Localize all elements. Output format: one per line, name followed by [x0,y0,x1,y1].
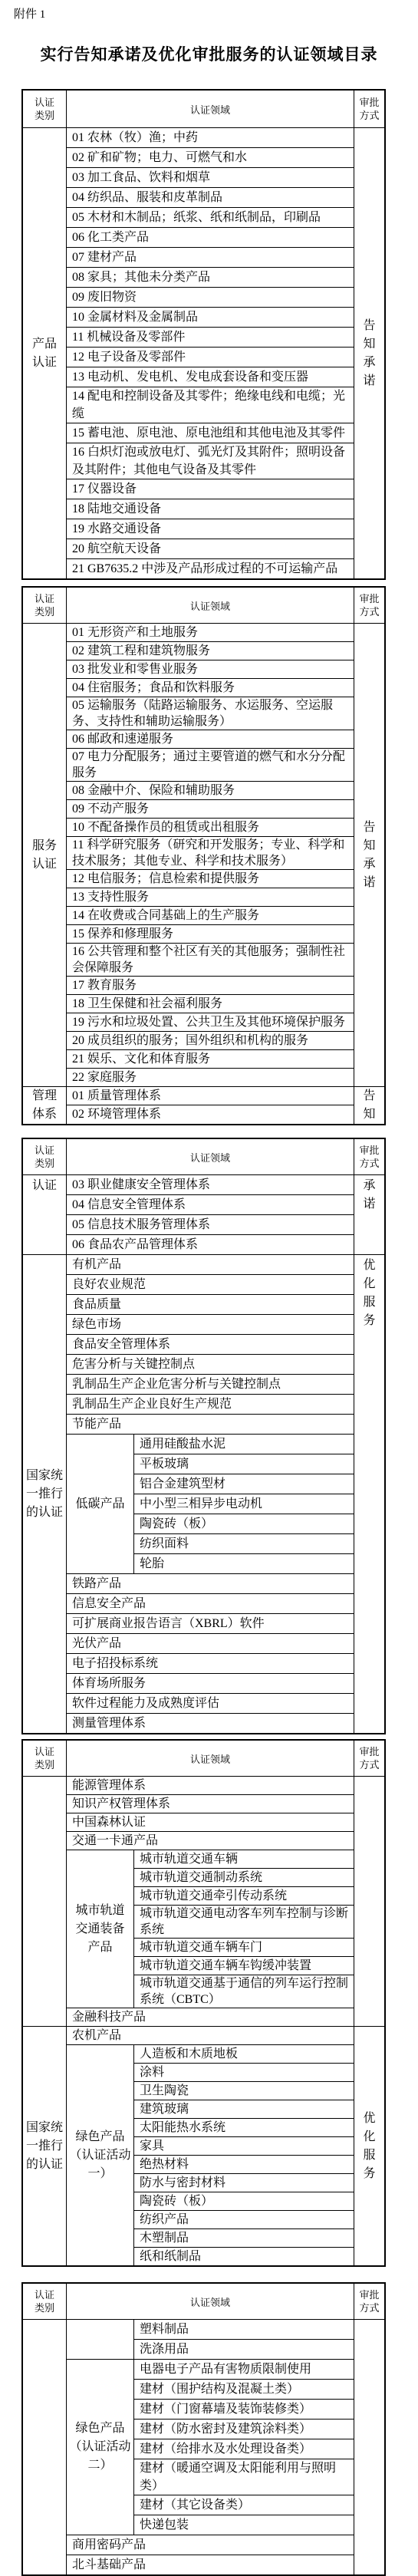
item-row: 节能产品 [67,1415,354,1435]
item-row: 05 运输服务（陆路运输服务、水运服务、空运服务、支持性和辅助运输服务） [67,697,354,730]
row-group: 服务 认证01 无形资产和土地服务02 建筑工程和建筑物服务03 批发业和零售业… [23,624,384,1086]
subgroup-item-row: 绝热材料 [134,2156,354,2174]
item-row: 14 配电和控制设备及其零件；绝缘电线和电缆；光缆 [67,387,354,423]
subgroup-item-row: 建材（给排水及水处理设备类） [134,2439,354,2459]
category-cell [23,1777,67,2026]
subgroup-items: 人造板和木质地板涂料卫生陶瓷建筑玻璃太阳能热水系统家具绝热材料防水与密封材料陶瓷… [134,2045,354,2265]
subgroup-item-row: 塑料制品 [134,2320,354,2340]
subgroup-item-row: 建材（其它设备类） [134,2495,354,2515]
item-row: 食品安全管理体系 [67,1335,354,1355]
row-group: 国家统 一推行 的认证农机产品绿色产品 （认证活动 一）人造板和木质地板涂料卫生… [23,2026,384,2265]
certification-table: 认证 类别认证领域审批 方式产品 认证01 农林（牧）渔；中药02 矿和矿物；电… [21,89,386,580]
subgroup-items: 城市轨道交通车辆城市轨道交通制动系统城市轨道交通牵引传动系统城市轨道交通电动客车… [134,1850,354,2008]
category-header-cell: 认证 类别 [23,588,67,623]
category-cell: 服务 认证 [23,624,67,1086]
field-header-cell: 认证领域 [67,588,354,623]
item-row: 12 电子设备及零部件 [67,348,354,367]
subgroup-label-cell: 绿色产品 （认证活动 二） [67,2360,134,2535]
subgroup-item-row: 建材（围护结构及混凝土类） [134,2380,354,2400]
subgroup-item-row: 纺织面料 [134,1534,354,1554]
group-rows: 01 质量管理体系02 环境管理体系 [67,1087,354,1124]
item-row: 有机产品 [67,1255,354,1275]
document-page: 附件 1 实行告知承诺及优化审批服务的认证领域目录 认证 类别认证领域审批 方式… [0,0,418,2576]
field-header-cell: 认证领域 [67,2284,354,2319]
item-row: 19 水路交通设备 [67,519,354,539]
item-row: 08 家具；其他未分类产品 [67,268,354,288]
subgroup: 塑料制品洗涤用品 [67,2320,354,2360]
field-header-cell: 认证领域 [67,91,354,127]
item-row: 19 污水和垃圾处置、公共卫生及其他环境保护服务 [67,1013,354,1032]
subgroup-item-row: 电器电子产品有害物质限制使用 [134,2360,354,2380]
item-row: 13 支持性服务 [67,888,354,907]
item-row: 20 航空航天设备 [67,539,354,559]
item-row: 农机产品 [67,2027,354,2045]
row-group: 产品 认证01 农林（牧）渔；中药02 矿和矿物；电力、可燃气和水03 加工食品… [23,128,384,578]
approval-cell: 优 化 服 务 [354,1255,384,1733]
item-row: 07 电力分配服务；通过主要管道的燃气和水分分配服务 [67,749,354,782]
item-row: 测量管理体系 [67,1714,354,1733]
item-row: 17 仪器设备 [67,479,354,499]
category-cell [23,2320,67,2574]
item-row: 04 纺织品、服装和皮革制品 [67,188,354,208]
item-row: 知识产权管理体系 [67,1795,354,1813]
item-row: 13 电动机、发电机、发电成套设备和变压器 [67,367,354,387]
subgroup-item-row: 木塑制品 [134,2229,354,2248]
subgroup-item-row: 城市轨道交通基于通信的列车运行控制系统（CBTC） [134,1975,354,2008]
category-header-cell: 认证 类别 [23,1741,67,1776]
subgroup-label-cell: 绿色产品 （认证活动 一） [67,2045,134,2265]
item-row: 12 电信服务；信息检索和提供服务 [67,870,354,888]
item-row: 金融科技产品 [67,2008,354,2026]
field-header-cell: 认证领域 [67,1741,354,1776]
item-row: 绿色市场 [67,1315,354,1335]
item-row: 信息安全产品 [67,1594,354,1614]
item-row: 03 职业健康安全管理体系 [67,1175,354,1195]
table-header-row: 认证 类别认证领域审批 方式 [23,2284,384,2320]
item-row: 01 农林（牧）渔；中药 [67,128,354,148]
group-rows: 农机产品绿色产品 （认证活动 一）人造板和木质地板涂料卫生陶瓷建筑玻璃太阳能热水… [67,2027,354,2265]
subgroup: 绿色产品 （认证活动 二）电器电子产品有害物质限制使用建材（围护结构及混凝土类）… [67,2360,354,2535]
item-row: 乳制品生产企业危害分析与关键控制点 [67,1375,354,1395]
category-cell: 国家统 一推行 的认证 [23,1255,67,1733]
item-row: 14 在收费或合同基础上的生产服务 [67,907,354,925]
subgroup-item-row: 轮胎 [134,1554,354,1573]
item-row: 16 白炽灯泡或放电灯、弧光灯及其附件；照明设备及其附件；其他电气设备及其零件 [67,443,354,479]
item-row: 能源管理体系 [67,1777,354,1795]
subgroup-item-row: 快递包装 [134,2515,354,2535]
subgroup-item-row: 建材（防水密封及建筑涂料类） [134,2420,354,2439]
subgroup-item-row: 太阳能热水系统 [134,2119,354,2137]
category-cell: 国家统 一推行 的认证 [23,2027,67,2265]
approval-header-cell: 审批 方式 [354,1139,384,1174]
subgroup-item-row: 中小型三相异步电动机 [134,1494,354,1514]
item-row: 21 娱乐、文化和体育服务 [67,1050,354,1069]
subgroup-item-row: 通用硅酸盐水泥 [134,1435,354,1454]
item-row: 电子招投标系统 [67,1654,354,1674]
approval-cell: 承 诺 [354,1175,384,1254]
certification-table: 认证 类别认证领域审批 方式塑料制品洗涤用品绿色产品 （认证活动 二）电器电子产… [21,2282,386,2576]
subgroup: 城市轨道 交通装备 产品城市轨道交通车辆城市轨道交通制动系统城市轨道交通牵引传动… [67,1850,354,2008]
item-row: 08 金融中介、保险和辅助服务 [67,782,354,800]
subgroup-item-row: 洗涤用品 [134,2340,354,2359]
item-row: 铁路产品 [67,1574,354,1594]
item-row: 01 无形资产和土地服务 [67,624,354,642]
subgroup-item-row: 城市轨道交通牵引传动系统 [134,1887,354,1906]
subgroup-item-row: 陶瓷砖（板） [134,2192,354,2211]
tables-container: 认证 类别认证领域审批 方式产品 认证01 农林（牧）渔；中药02 矿和矿物；电… [0,89,418,2576]
item-row: 18 陆地交通设备 [67,499,354,519]
certification-table: 认证 类别认证领域审批 方式认证03 职业健康安全管理体系04 信息安全管理体系… [21,1138,386,1734]
row-group: 能源管理体系知识产权管理体系中国森林认证交通一卡通产品城市轨道 交通装备 产品城… [23,1777,384,2026]
item-row: 可扩展商业报告语言（XBRL）软件 [67,1614,354,1634]
item-row: 01 质量管理体系 [67,1087,354,1105]
subgroup: 低碳产品通用硅酸盐水泥平板玻璃铝合金建筑型材中小型三相异步电动机陶瓷砖（板）纺织… [67,1435,354,1574]
item-row: 软件过程能力及成熟度评估 [67,1694,354,1714]
certification-table: 认证 类别认证领域审批 方式服务 认证01 无形资产和土地服务02 建筑工程和建… [21,586,386,1125]
group-rows: 03 职业健康安全管理体系04 信息安全管理体系05 信息技术服务管理体系06 … [67,1175,354,1254]
item-row: 02 环境管理体系 [67,1105,354,1123]
table-header-row: 认证 类别认证领域审批 方式 [23,1139,384,1175]
subgroup: 绿色产品 （认证活动 一）人造板和木质地板涂料卫生陶瓷建筑玻璃太阳能热水系统家具… [67,2045,354,2265]
category-header-cell: 认证 类别 [23,1139,67,1174]
subgroup-item-row: 城市轨道交通制动系统 [134,1869,354,1887]
item-row: 09 不动产服务 [67,800,354,819]
field-header-cell: 认证领域 [67,1139,354,1174]
group-rows: 有机产品良好农业规范食品质量绿色市场食品安全管理体系危害分析与关键控制点乳制品生… [67,1255,354,1733]
item-row: 良好农业规范 [67,1275,354,1295]
category-header-cell: 认证 类别 [23,2284,67,2319]
item-row: 02 建筑工程和建筑物服务 [67,642,354,660]
approval-header-cell: 审批 方式 [354,588,384,623]
item-row: 06 化工类产品 [67,228,354,248]
approval-cell [354,1777,384,2026]
item-row: 11 机械设备及零部件 [67,328,354,348]
approval-cell [354,2320,384,2574]
attachment-label: 附件 1 [14,8,418,22]
subgroup-item-row: 城市轨道交通电动客车列车控制与诊断系统 [134,1906,354,1939]
subgroup-label-cell: 低碳产品 [67,1435,134,1573]
row-group: 管理 体系01 质量管理体系02 环境管理体系告 知 [23,1086,384,1124]
subgroup-item-row: 建筑玻璃 [134,2100,354,2119]
item-row: 15 保养和修理服务 [67,925,354,944]
item-row: 危害分析与关键控制点 [67,1355,354,1375]
subgroup-item-row: 平板玻璃 [134,1454,354,1474]
subgroup-item-row: 城市轨道交通车辆车门 [134,1939,354,1957]
item-row: 食品质量 [67,1295,354,1315]
table-header-row: 认证 类别认证领域审批 方式 [23,91,384,128]
approval-header-cell: 审批 方式 [354,1741,384,1776]
approval-header-cell: 审批 方式 [354,91,384,127]
subgroup-item-row: 陶瓷砖（板） [134,1514,354,1534]
item-row: 06 食品农产品管理体系 [67,1235,354,1254]
row-group: 国家统 一推行 的认证有机产品良好农业规范食品质量绿色市场食品安全管理体系危害分… [23,1254,384,1733]
subgroup-items: 塑料制品洗涤用品 [134,2320,354,2359]
item-row: 18 卫生保健和社会福利服务 [67,995,354,1013]
subgroup-label-cell: 城市轨道 交通装备 产品 [67,1850,134,2008]
item-row: 15 蓄电池、原电池、原电池组和其他电池及其零件 [67,423,354,443]
item-row: 05 木材和木制品；纸浆、纸和纸制品，印刷品 [67,208,354,228]
item-row: 04 住宿服务；食品和饮料服务 [67,679,354,697]
subgroup-item-row: 纺织产品 [134,2211,354,2229]
document-title: 实行告知承诺及优化审批服务的认证领域目录 [8,44,410,66]
table-header-row: 认证 类别认证领域审批 方式 [23,1741,384,1777]
subgroup-item-row: 城市轨道交通车辆 [134,1850,354,1869]
subgroup-items: 通用硅酸盐水泥平板玻璃铝合金建筑型材中小型三相异步电动机陶瓷砖（板）纺织面料轮胎 [134,1435,354,1573]
item-row: 20 成员组织的服务；国外组织和机构的服务 [67,1032,354,1050]
item-row: 10 金属材料及金属制品 [67,308,354,328]
item-row: 体育场所服务 [67,1674,354,1694]
table-header-row: 认证 类别认证领域审批 方式 [23,588,384,624]
item-row: 03 加工食品、饮料和烟草 [67,168,354,188]
item-row: 07 建材产品 [67,248,354,268]
subgroup-item-row: 建材（暖通空调及太阳能利用与照明类） [134,2459,354,2495]
item-row: 22 家庭服务 [67,1069,354,1086]
category-cell: 认证 [23,1175,67,1254]
item-row: 02 矿和矿物；电力、可燃气和水 [67,148,354,168]
item-row: 乳制品生产企业良好生产规范 [67,1395,354,1415]
item-row: 商用密码产品 [67,2535,354,2555]
subgroup-items: 电器电子产品有害物质限制使用建材（围护结构及混凝土类）建材（门窗幕墙及装饰装修类… [134,2360,354,2535]
approval-cell: 告 知 承 诺 [354,128,384,578]
item-row: 光伏产品 [67,1634,354,1654]
subgroup-item-row: 涂料 [134,2064,354,2082]
row-group: 塑料制品洗涤用品绿色产品 （认证活动 二）电器电子产品有害物质限制使用建材（围护… [23,2320,384,2574]
item-row: 10 不配备操作员的租赁或出租服务 [67,819,354,837]
group-rows: 塑料制品洗涤用品绿色产品 （认证活动 二）电器电子产品有害物质限制使用建材（围护… [67,2320,354,2574]
approval-cell: 告 知 [354,1087,384,1124]
category-header-cell: 认证 类别 [23,91,67,127]
item-row: 交通一卡通产品 [67,1832,354,1850]
item-row: 09 废旧物资 [67,288,354,308]
item-row: 04 信息安全管理体系 [67,1195,354,1215]
item-row: 06 邮政和速递服务 [67,730,354,749]
approval-cell: 优 化 服 务 [354,2027,384,2265]
subgroup-item-row: 卫生陶瓷 [134,2082,354,2100]
subgroup-item-row: 防水与密封材料 [134,2174,354,2192]
item-row: 中国森林认证 [67,1813,354,1832]
item-row: 北斗基础产品 [67,2555,354,2574]
subgroup-item-row: 纸和纸制品 [134,2248,354,2265]
category-cell: 管理 体系 [23,1087,67,1124]
item-row: 05 信息技术服务管理体系 [67,1215,354,1235]
group-rows: 01 农林（牧）渔；中药02 矿和矿物；电力、可燃气和水03 加工食品、饮料和烟… [67,128,354,578]
category-cell: 产品 认证 [23,128,67,578]
item-row: 03 批发业和零售业服务 [67,660,354,679]
subgroup-item-row: 城市轨道交通车辆车钩缓冲装置 [134,1957,354,1975]
subgroup-label-cell [67,2320,134,2359]
subgroup-item-row: 铝合金建筑型材 [134,1474,354,1494]
subgroup-item-row: 建材（门窗幕墙及装饰装修类） [134,2400,354,2420]
row-group: 认证03 职业健康安全管理体系04 信息安全管理体系05 信息技术服务管理体系0… [23,1175,384,1254]
group-rows: 01 无形资产和土地服务02 建筑工程和建筑物服务03 批发业和零售业服务04 … [67,624,354,1086]
item-row: 16 公共管理和整个社区有关的其他服务；强制性社会保障服务 [67,944,354,977]
item-row: 11 科学研究服务（研究和开发服务；专业、科学和技术服务；其他专业、科学和技术服… [67,837,354,870]
certification-table: 认证 类别认证领域审批 方式能源管理体系知识产权管理体系中国森林认证交通一卡通产… [21,1739,386,2267]
approval-cell: 告 知 承 诺 [354,624,384,1086]
approval-header-cell: 审批 方式 [354,2284,384,2319]
item-row: 17 教育服务 [67,977,354,995]
group-rows: 能源管理体系知识产权管理体系中国森林认证交通一卡通产品城市轨道 交通装备 产品城… [67,1777,354,2026]
subgroup-item-row: 人造板和木质地板 [134,2045,354,2064]
item-row: 21 GB7635.2 中涉及产品形成过程的不可运输产品 [67,559,354,578]
subgroup-item-row: 家具 [134,2137,354,2156]
